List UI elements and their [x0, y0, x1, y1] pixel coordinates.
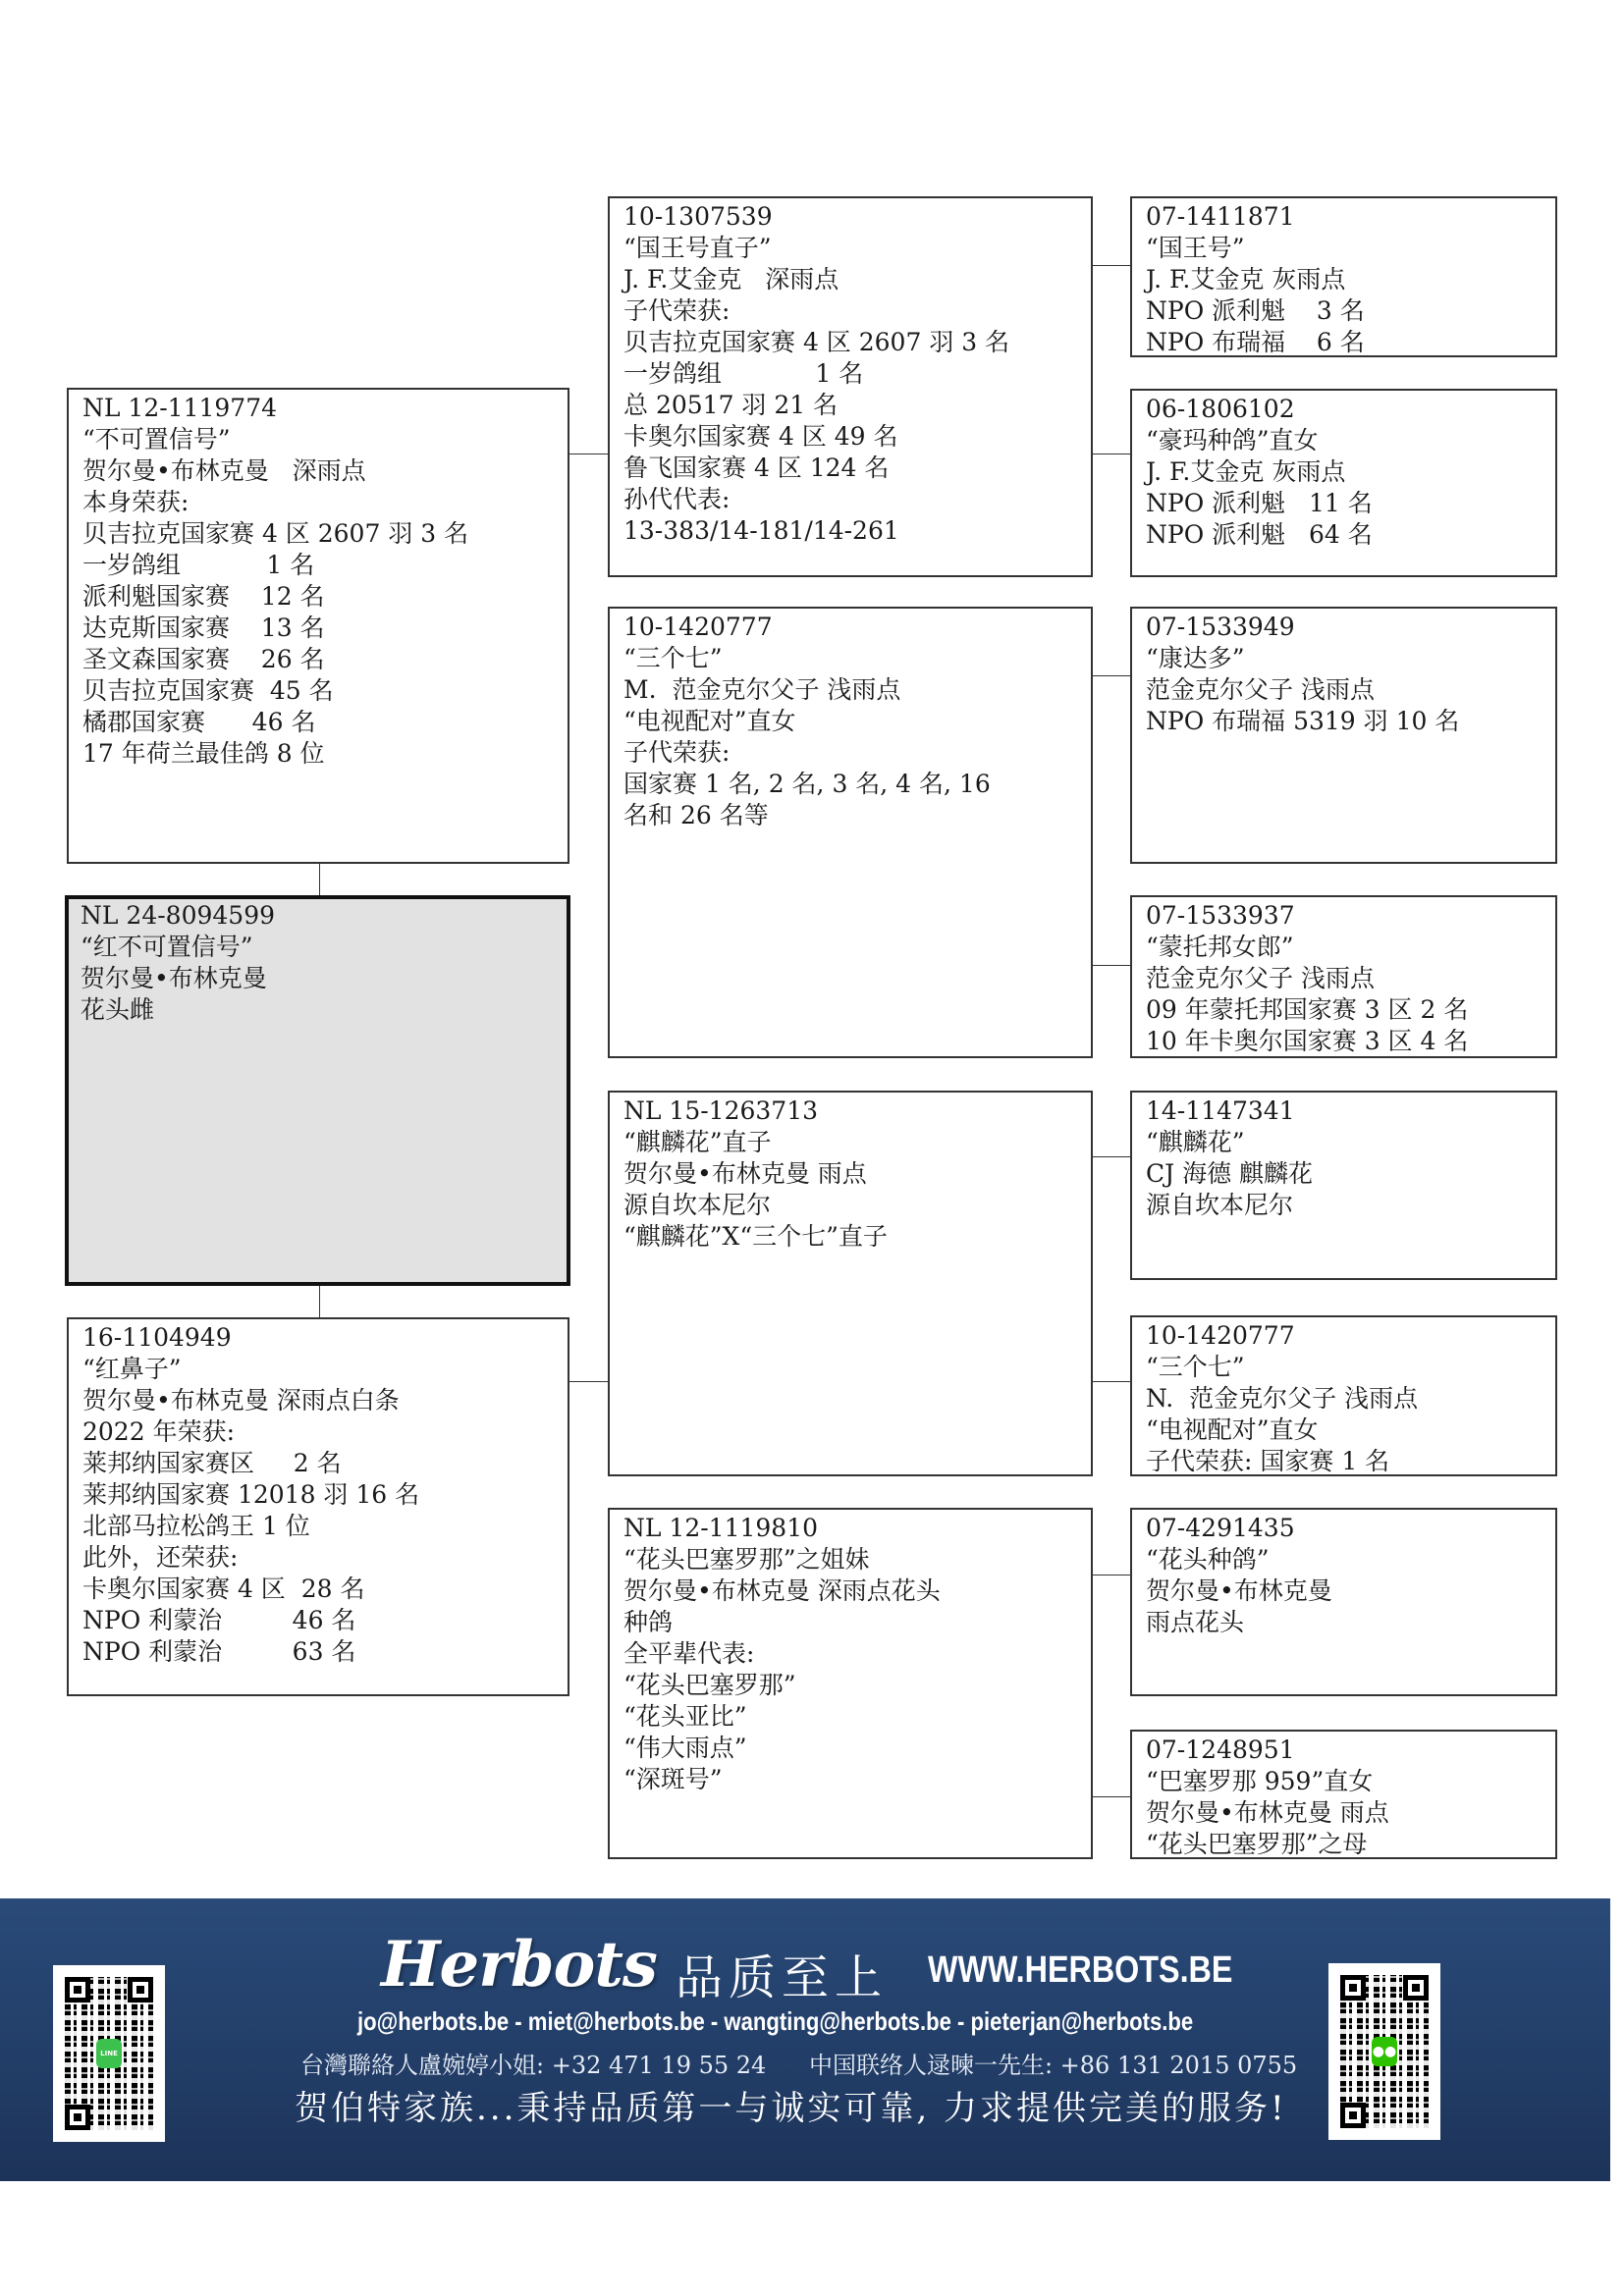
qr-finder-icon: [65, 1977, 90, 2002]
qr-finder-icon: [1340, 2103, 1366, 2128]
subject-name: “红不可置信号”: [81, 932, 555, 963]
tagline: 贺伯特家族...秉持品质第一与诚实可靠, 力求提供完美的服务!: [295, 2081, 1287, 2129]
ggp-card: 10-1420777 “三个七” N. 范金克尔父子 浅雨点 “电视配对”直女 …: [1130, 1315, 1557, 1476]
connector-ds-ggp6: [1092, 1381, 1130, 1382]
sire-breeder: 贺尔曼•布林克曼 深雨点: [82, 455, 554, 487]
ggp-card: 07-1411871 “国王号” J. F.艾金克 灰雨点 NPO 派利魁 3 …: [1130, 196, 1557, 357]
herbots-logo: Herbots: [381, 1928, 657, 2002]
line-qr-code[interactable]: LINE: [53, 1965, 165, 2142]
qr-finder-icon: [1403, 1975, 1429, 2001]
qr-pattern: ●●: [1340, 1975, 1429, 2128]
sire-sire-card: 10-1307539 “国王号直子” J. F.艾金克 深雨点 子代荣获: 贝吉…: [608, 196, 1093, 577]
ggp-card: 07-4291435 “花头种鸽” 贺尔曼•布林克曼 雨点花头: [1130, 1508, 1557, 1696]
qr-pattern: LINE: [65, 1977, 153, 2130]
sire-card: NL 12-1119774 “不可置信号” 贺尔曼•布林克曼 深雨点 本身荣获:…: [67, 388, 569, 864]
email-list[interactable]: jo@herbots.be - miet@herbots.be - wangti…: [357, 2006, 1193, 2037]
connector-dam-to-ds: [568, 1381, 608, 1382]
ggp-card: 07-1533937 “蒙托邦女郎” 范金克尔父子 浅雨点 09 年蒙托邦国家赛…: [1130, 895, 1557, 1058]
wechat-qr-code[interactable]: ●●: [1328, 1963, 1440, 2140]
subject-card: NL 24-8094599 “红不可置信号” 贺尔曼•布林克曼 花头雌: [65, 895, 570, 1286]
connector-ss-ggp1: [1092, 265, 1130, 266]
dam-dam-card: NL 12-1119810 “花头巴塞罗那”之姐妹 贺尔曼•布林克曼 深雨点花头…: [608, 1508, 1093, 1859]
slogan: 品质至上: [676, 1940, 888, 2007]
ggp-card: 07-1248951 “巴塞罗那 959”直女 贺尔曼•布林克曼 雨点 “花头巴…: [1130, 1730, 1557, 1859]
connector-dd-ggp7: [1092, 1575, 1130, 1575]
ggp-card: 14-1147341 “麒麟花” CJ 海德 麒麟花 源自坎本尼尔: [1130, 1091, 1557, 1280]
website-link[interactable]: WWW.HERBOTS.BE: [928, 1949, 1232, 1992]
dam-ring: 16-1104949: [82, 1322, 554, 1354]
sire-name: “不可置信号”: [82, 424, 554, 455]
connector-ss-ggp2: [1092, 454, 1130, 454]
subject-ring: NL 24-8094599: [81, 900, 555, 932]
sire-ring: NL 12-1119774: [82, 393, 554, 424]
line-app-icon: LINE: [96, 2039, 122, 2068]
subject-breeder: 贺尔曼•布林克曼: [81, 963, 555, 994]
qr-finder-icon: [65, 2105, 90, 2130]
dam-name: “红鼻子”: [82, 1354, 554, 1385]
wechat-app-icon: ●●: [1372, 2037, 1397, 2066]
connector-sd-ggp3: [1092, 675, 1130, 676]
dam-card: 16-1104949 “红鼻子” 贺尔曼•布林克曼 深雨点白条 2022 年荣获…: [67, 1317, 569, 1696]
connector-ds-ggp5: [1092, 1156, 1130, 1157]
qr-finder-icon: [128, 1977, 153, 2002]
connector-sire-to-ss: [568, 454, 608, 454]
dam-breeder: 贺尔曼•布林克曼 深雨点白条: [82, 1385, 554, 1416]
qr-finder-icon: [1340, 1975, 1366, 2001]
china-contact: 中国联络人逯暕一先生: +86 131 2015 0755: [809, 2052, 1297, 2079]
ggp-card: 06-1806102 “豪玛种鸽”直女 J. F.艾金克 灰雨点 NPO 派利魁…: [1130, 389, 1557, 577]
sire-dam-card: 10-1420777 “三个七” M. 范金克尔父子 浅雨点 “电视配对”直女 …: [608, 607, 1093, 1058]
taiwan-contact: 台灣聯絡人盧婉婷小姐: +32 471 19 55 24: [300, 2052, 766, 2079]
ggp-card: 07-1533949 “康达多” 范金克尔父子 浅雨点 NPO 布瑞福 5319…: [1130, 607, 1557, 864]
footer-banner: LINE Herbots 品质至上 WWW.HERBOTS.BE jo@herb…: [0, 1898, 1610, 2181]
contact-phones: 台灣聯絡人盧婉婷小姐: +32 471 19 55 24 中国联络人逯暕一先生:…: [300, 2046, 1332, 2080]
connector-sd-ggp4: [1092, 965, 1130, 966]
connector-dd-ggp8: [1092, 1796, 1130, 1797]
dam-sire-card: NL 15-1263713 “麒麟花”直子 贺尔曼•布林克曼 雨点 源自坎本尼尔…: [608, 1091, 1093, 1476]
connector-subject-dam: [319, 1284, 320, 1317]
subject-color: 花头雌: [81, 994, 555, 1026]
connector-sire-subject: [319, 863, 320, 895]
